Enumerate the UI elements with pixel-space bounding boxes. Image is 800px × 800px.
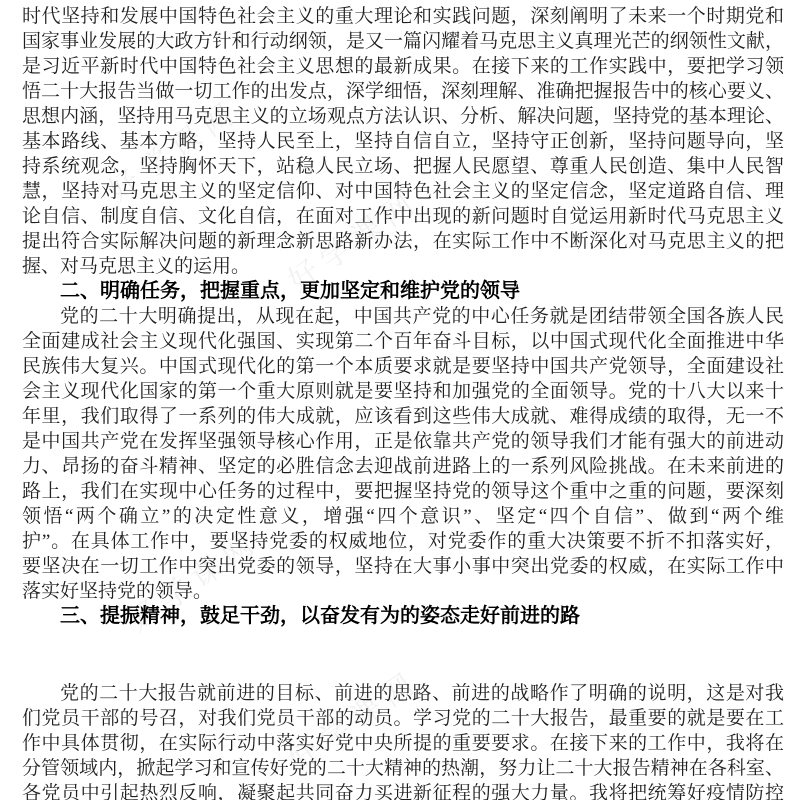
text-line: 年里，我们取得了一系列的伟大成就，应该看到这些伟大成就、难得成绩的取得，无一不: [22, 404, 784, 429]
text-line: 全面建成社会主义现代化强国、实现第二个百年奋斗目标，以中国式现代化全面推进中华: [22, 329, 784, 354]
text-line: 是习近平新时代中国特色社会主义思想的最新成果。在接下来的工作实践中，要把学习领: [22, 54, 784, 79]
text-line: 握、对马克思主义的运用。: [22, 254, 784, 279]
text-line: 论自信、制度自信、文化自信，在面对工作中出现的新问题时自觉运用新时代马克思主义: [22, 204, 784, 229]
text-line: 基本路线、基本方略，坚持人民至上，坚持自信自立，坚持守正创新，坚持问题导向，坚: [22, 129, 784, 154]
text-line: 民族伟大复兴。中国式现代化的第一个本质要求就是要坚持中国共产党领导，全面建设社: [22, 354, 784, 379]
text-line: 党的二十大明确提出，从现在起，中国共产党的中心任务就是团结带领全国各族人民: [22, 304, 784, 329]
text-line: 要坚决在一切工作中突出党委的领导，坚持在大事小事中突出党委的权威，在实际工作中: [22, 554, 784, 579]
text-line: 领悟“两个确立”的决定性意义，增强“四个意识”、坚定“四个自信”、做到“两个维: [22, 504, 784, 529]
text-line: 持系统观念，坚持胸怀天下，站稳人民立场、把握人民愿望、尊重人民创造、集中人民智: [22, 154, 784, 179]
text-line: 会主义现代化国家的第一个重大原则就是要坚持和加强党的全面领导。党的十八大以来十: [22, 379, 784, 404]
paragraph-2: 党的二十大明确提出，从现在起，中国共产党的中心任务就是团结带领全国各族人民 全面…: [22, 304, 784, 604]
text-line: 作中具体贯彻，在实际行动中落实好党中央所提的重要要求。在接下来的工作中，我将在: [22, 731, 784, 756]
text-line: 思想内涵，坚持用马克思主义的立场观点方法认识、分析、解决问题，坚持党的基本理论、: [22, 104, 784, 129]
text-line: 路上，我们在实现中心任务的过程中，要把握坚持党的领导这个重中之重的问题，要深刻: [22, 479, 784, 504]
page-break-gap: [22, 629, 784, 681]
paragraph-3: 党的二十大报告就前进的目标、前进的思路、前进的战略作了明确的说明，这是对我 们党…: [22, 681, 784, 800]
section-heading-2: 二、明确任务，把握重点，更加坚定和维护党的领导: [22, 279, 784, 304]
text-line: 各党员中引起热烈反响，凝聚起共同奋力买进新征程的强大力量。我将把统筹好疫情防控: [22, 781, 784, 800]
text-line: 护”。在具体工作中，要坚持党委的权威地位，对党委作的重大决策要不折不扣落实好，: [22, 529, 784, 554]
document-page: 好学课网 好学课网 好学课网 好学课网 时代坚持和发展中国特色社会主义的重大理论…: [0, 0, 800, 800]
text-line: 落实好坚持党的领导。: [22, 579, 784, 604]
text-line: 提出符合实际解决问题的新理念新思路新办法，在实际工作中不断深化对马克思主义的把: [22, 229, 784, 254]
text-line: 悟二十大报告当做一切工作的出发点，深学细悟，深刻理解、准确把握报告中的核心要义、: [22, 79, 784, 104]
section-heading-3: 三、提振精神，鼓足干劲，以奋发有为的姿态走好前进的路: [22, 604, 784, 629]
document-body: 时代坚持和发展中国特色社会主义的重大理论和实践问题，深刻阐明了未来一个时期党和 …: [22, 4, 784, 800]
text-line: 时代坚持和发展中国特色社会主义的重大理论和实践问题，深刻阐明了未来一个时期党和: [22, 4, 784, 29]
text-line: 力、昂扬的奋斗精神、坚定的必胜信念去迎战前进路上的一系列风险挑战。在未来前进的: [22, 454, 784, 479]
paragraph-1: 时代坚持和发展中国特色社会主义的重大理论和实践问题，深刻阐明了未来一个时期党和 …: [22, 4, 784, 279]
text-line: 国家事业发展的大政方针和行动纲领，是又一篇闪耀着马克思主义真理光芒的纲领性文献，: [22, 29, 784, 54]
text-line: 慧，坚持对马克思主义的坚定信仰、对中国特色社会主义的坚定信念，坚定道路自信、理: [22, 179, 784, 204]
text-line: 党的二十大报告就前进的目标、前进的思路、前进的战略作了明确的说明，这是对我: [22, 681, 784, 706]
text-line: 分管领域内，掀起学习和宣传好党的二十大精神的热潮，努力让二十大报告精神在各科室、: [22, 756, 784, 781]
text-line: 是中国共产党在发挥坚强领导核心作用，正是依靠共产党的领导我们才能有强大的前进动: [22, 429, 784, 454]
text-line: 们党员干部的号召，对我们党员干部的动员。学习党的二十大报告，最重要的就是要在工: [22, 706, 784, 731]
